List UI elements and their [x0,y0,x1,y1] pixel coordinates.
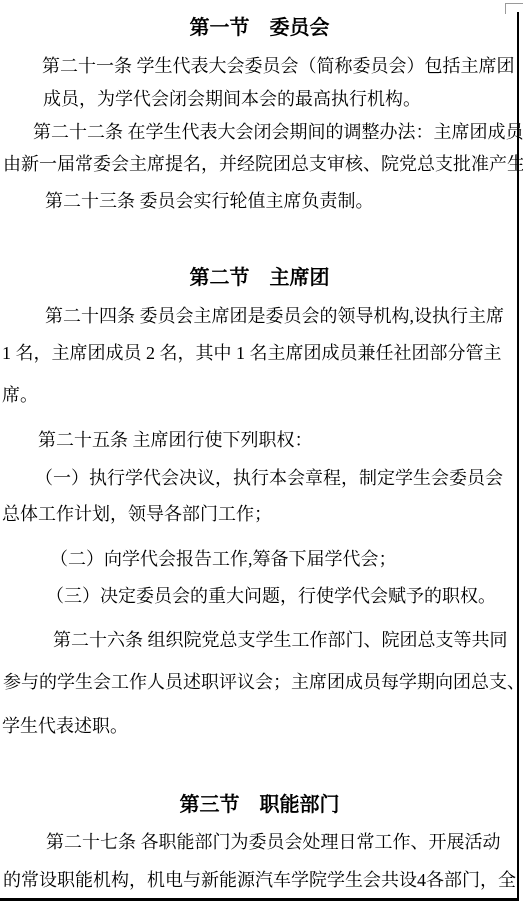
margin-crop-mark-horizontal [505,3,523,4]
doc-line-article-24-1: 第二十四条 委员会主席团是委员会的领导机构,设执行主席 [45,305,504,328]
page-right-border [517,12,519,899]
section-heading-3: 第三节 职能部门 [0,793,519,817]
doc-line-article-27-1: 第二十七条 各职能部门为委员会处理日常工作、开展活动 [46,831,501,854]
doc-line-article-24-2: 1 名，主席团成员 2 名，其中 1 名主席团成员兼任社团部分管主 [2,342,502,365]
doc-line-item-2: （二）向学代会报告工作,筹备下届学代会； [50,548,397,571]
doc-line-article-26-2: 参与的学生会工作人员述职评议会；主席团成员每学期向团总支、 [3,671,523,694]
doc-line-item-1a: （一）执行学代会决议，执行本会章程，制定学生会委员会 [35,467,503,490]
doc-line-article-23: 第二十三条 委员会实行轮值主席负责制。 [45,190,374,213]
doc-line-article-26-3: 学生代表述职。 [2,715,128,738]
doc-line-article-27-2: 的常设职能机构，机电与新能源汽车学院学生会共设4各部门，全 [3,869,516,892]
doc-line-article-22-1: 第二十二条 在学生代表大会闭会期间的调整办法：主席团成员 [33,121,523,144]
page-bottom-border [0,898,519,901]
doc-line-article-22-2: 由新一届常委会主席提名，并经院团总支审核、院党总支批准产生。 [3,153,523,176]
document-page: 第一节 委员会 第二十一条 学生代表大会委员会（简称委员会）包括主席团 成员，为… [0,0,523,908]
doc-line-item-3: （三）决定委员会的重大问题，行使学代会赋予的职权。 [46,585,496,608]
margin-crop-mark-vertical [505,3,506,14]
section-heading-2: 第二节 主席团 [0,266,519,290]
doc-line-article-21-2: 成员，为学代会闭会期间本会的最高执行机构。 [43,88,421,111]
doc-line-item-1b: 总体工作计划，领导各部门工作； [2,503,272,526]
section-heading-1: 第一节 委员会 [0,16,519,40]
doc-line-article-26-1: 第二十六条 组织院党总支学生工作部门、院团总支等共同 [53,629,508,652]
doc-line-article-25: 第二十五条 主席团行使下列职权： [38,429,313,452]
doc-line-article-21-1: 第二十一条 学生代表大会委员会（简称委员会）包括主席团 [42,55,515,78]
doc-line-article-24-3: 席。 [2,384,38,407]
